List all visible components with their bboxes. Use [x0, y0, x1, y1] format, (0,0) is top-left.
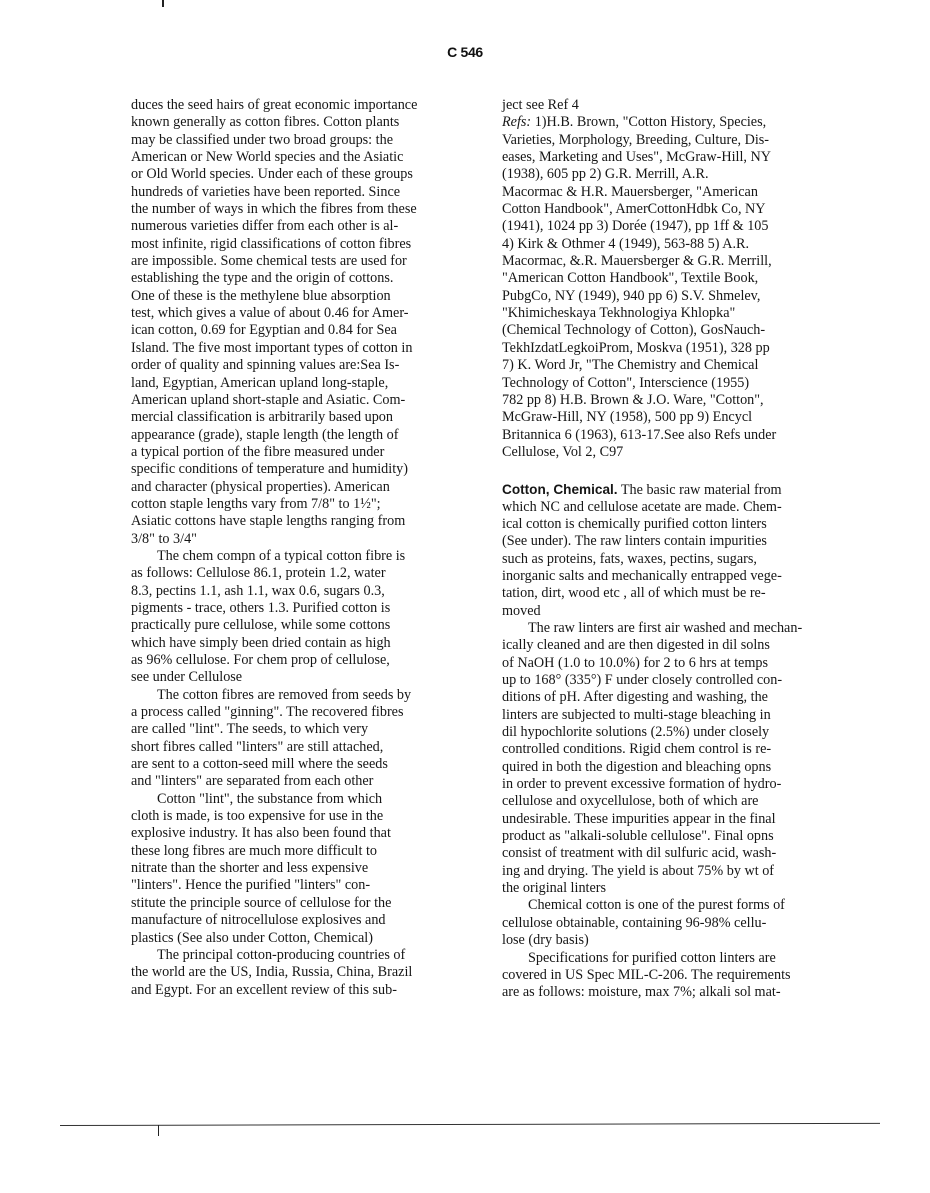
section-text: The basic raw material from	[618, 482, 782, 498]
text-line: hundreds of varieties have been reported…	[131, 184, 476, 201]
paragraph-start-line: Specifications for purified cotton linte…	[502, 950, 862, 967]
text-line: American upland short-staple and Asiatic…	[131, 392, 476, 409]
text-line: appearance (grade), staple length (the l…	[131, 427, 476, 444]
text-line: are sent to a cotton-seed mill where the…	[131, 756, 476, 773]
reference-line: 7) K. Word Jr, "The Chemistry and Chemic…	[502, 357, 862, 374]
text-line: order of quality and spinning values are…	[131, 357, 476, 374]
text-line: manufacture of nitrocellulose explosives…	[131, 912, 476, 929]
text-line: ical cotton is chemically purified cotto…	[502, 516, 862, 533]
text-line: a process called "ginning". The recovere…	[131, 704, 476, 721]
text-line: nitrate than the shorter and less expens…	[131, 860, 476, 877]
text-line: as 96% cellulose. For chem prop of cellu…	[131, 652, 476, 669]
top-margin-tick	[162, 0, 164, 7]
text-line: these long fibres are much more difficul…	[131, 843, 476, 860]
text-line: most infinite, rigid classifications of …	[131, 236, 476, 253]
reference-line: eases, Marketing and Uses", McGraw-Hill,…	[502, 149, 862, 166]
left-column: duces the seed hairs of great economic i…	[131, 97, 476, 999]
text-line: see under Cellulose	[131, 669, 476, 686]
right-column: ject see Ref 4 Refs: 1)H.B. Brown, "Cott…	[502, 97, 862, 1002]
references-first-line: Refs: 1)H.B. Brown, "Cotton History, Spe…	[502, 114, 862, 131]
text-line: test, which gives a value of about 0.46 …	[131, 305, 476, 322]
refs-label: Refs:	[502, 114, 531, 130]
text-line: up to 168° (335°) F under closely contro…	[502, 672, 862, 689]
text-line: mercial classification is arbitrarily ba…	[131, 409, 476, 426]
paragraph-start-line: Chemical cotton is one of the purest for…	[502, 897, 862, 914]
text-line: ject see Ref 4	[502, 97, 862, 114]
reference-line: (Chemical Technology of Cotton), GosNauc…	[502, 322, 862, 339]
text-line: are impossible. Some chemical tests are …	[131, 253, 476, 270]
text-line: may be classified under two broad groups…	[131, 132, 476, 149]
text-line: cellulose and oxycellulose, both of whic…	[502, 793, 862, 810]
paragraph-start-line: The raw linters are first air washed and…	[502, 620, 862, 637]
text-line: a typical portion of the fibre measured …	[131, 444, 476, 461]
text-line: in order to prevent excessive formation …	[502, 776, 862, 793]
reference-line: Macormac, &.R. Mauersberger & G.R. Merri…	[502, 253, 862, 270]
text-line: pigments - trace, others 1.3. Purified c…	[131, 600, 476, 617]
text-line: inorganic salts and mechanically entrapp…	[502, 568, 862, 585]
reference-line: PubgCo, NY (1949), 940 pp 6) S.V. Shmele…	[502, 288, 862, 305]
text-line: as follows: Cellulose 86.1, protein 1.2,…	[131, 565, 476, 582]
paragraph-start-line: The chem compn of a typical cotton fibre…	[131, 548, 476, 565]
reference-line: Varieties, Morphology, Breeding, Culture…	[502, 132, 862, 149]
text-line: 8.3, pectins 1.1, ash 1.1, wax 0.6, suga…	[131, 583, 476, 600]
reference-line: 782 pp 8) H.B. Brown & J.O. Ware, "Cotto…	[502, 392, 862, 409]
paragraph-start-line: The cotton fibres are removed from seeds…	[131, 687, 476, 704]
reference-line: "American Cotton Handbook", Textile Book…	[502, 270, 862, 287]
section-heading: Cotton, Chemical.	[502, 482, 618, 497]
text-line: Island. The five most important types of…	[131, 340, 476, 357]
reference-line: Britannica 6 (1963), 613-17.See also Ref…	[502, 427, 862, 444]
reference-line: Cellulose, Vol 2, C97	[502, 444, 862, 461]
text-line: covered in US Spec MIL-C-206. The requir…	[502, 967, 862, 984]
reference-line: TekhIzdatLegkoiProm, Moskva (1951), 328 …	[502, 340, 862, 357]
paragraph-start-line: The principal cotton-producing countries…	[131, 947, 476, 964]
text-line: cloth is made, is too expensive for use …	[131, 808, 476, 825]
text-line: One of these is the methylene blue absor…	[131, 288, 476, 305]
text-line: controlled conditions. Rigid chem contro…	[502, 741, 862, 758]
text-line: (See under). The raw linters contain imp…	[502, 533, 862, 550]
text-line: "linters". Hence the purified "linters" …	[131, 877, 476, 894]
text-line: dil hypochlorite solutions (2.5%) under …	[502, 724, 862, 741]
reference-line: (1941), 1024 pp 3) Dorée (1947), pp 1ff …	[502, 218, 862, 235]
text-line: which have simply been dried contain as …	[131, 635, 476, 652]
text-line: explosive industry. It has also been fou…	[131, 825, 476, 842]
text-line: the original linters	[502, 880, 862, 897]
reference-line: McGraw-Hill, NY (1958), 500 pp 9) Encycl	[502, 409, 862, 426]
text-line: or Old World species. Under each of thes…	[131, 166, 476, 183]
paragraph-start-line: Cotton "lint", the substance from which	[131, 791, 476, 808]
text-line: ically cleaned and are then digested in …	[502, 637, 862, 654]
text-line: and "linters" are separated from each ot…	[131, 773, 476, 790]
text-line: specific conditions of temperature and h…	[131, 461, 476, 478]
text-line: practically pure cellulose, while some c…	[131, 617, 476, 634]
text-line: undesirable. These impurities appear in …	[502, 811, 862, 828]
text-line: ican cotton, 0.69 for Egyptian and 0.84 …	[131, 322, 476, 339]
text-line: which NC and cellulose acetate are made.…	[502, 499, 862, 516]
text-line: known generally as cotton fibres. Cotton…	[131, 114, 476, 131]
text-line: cellulose obtainable, containing 96-98% …	[502, 915, 862, 932]
text-line: 3/8" to 3/4"	[131, 531, 476, 548]
reference-line: Macormac & H.R. Mauersberger, "American	[502, 184, 862, 201]
page-number: C 546	[0, 44, 930, 60]
bottom-margin-tick	[158, 1125, 159, 1136]
text-line: such as proteins, fats, waxes, pectins, …	[502, 551, 862, 568]
text-line: establishing the type and the origin of …	[131, 270, 476, 287]
text-line: stitute the principle source of cellulos…	[131, 895, 476, 912]
text-line: the number of ways in which the fibres f…	[131, 201, 476, 218]
text-line: are as follows: moisture, max 7%; alkali…	[502, 984, 862, 1001]
text-line: and character (physical properties). Ame…	[131, 479, 476, 496]
reference-line: "Khimicheskaya Tekhnologiya Khlopka"	[502, 305, 862, 322]
bottom-rule	[60, 1123, 880, 1126]
reference-text: 1)H.B. Brown, "Cotton History, Species,	[531, 114, 766, 130]
text-line: lose (dry basis)	[502, 932, 862, 949]
text-line: tation, dirt, wood etc , all of which mu…	[502, 585, 862, 602]
text-line: numerous varieties differ from each othe…	[131, 218, 476, 235]
reference-line: Cotton Handbook", AmerCottonHdbk Co, NY	[502, 201, 862, 218]
text-line: of NaOH (1.0 to 10.0%) for 2 to 6 hrs at…	[502, 655, 862, 672]
text-line: Asiatic cottons have staple lengths rang…	[131, 513, 476, 530]
text-line: ditions of pH. After digesting and washi…	[502, 689, 862, 706]
text-line: quired in both the digestion and bleachi…	[502, 759, 862, 776]
text-line: short fibres called "linters" are still …	[131, 739, 476, 756]
section-gap	[502, 461, 862, 481]
text-line: plastics (See also under Cotton, Chemica…	[131, 930, 476, 947]
text-line: and Egypt. For an excellent review of th…	[131, 982, 476, 999]
text-line: ing and drying. The yield is about 75% b…	[502, 863, 862, 880]
text-line: cotton staple lengths vary from 7/8" to …	[131, 496, 476, 513]
section-heading-line: Cotton, Chemical. The basic raw material…	[502, 481, 862, 498]
text-line: moved	[502, 603, 862, 620]
text-line: are called "lint". The seeds, to which v…	[131, 721, 476, 738]
text-line: product as "alkali-soluble cellulose". F…	[502, 828, 862, 845]
text-line: the world are the US, India, Russia, Chi…	[131, 964, 476, 981]
reference-line: 4) Kirk & Othmer 4 (1949), 563-88 5) A.R…	[502, 236, 862, 253]
text-line: linters are subjected to multi-stage ble…	[502, 707, 862, 724]
reference-line: (1938), 605 pp 2) G.R. Merrill, A.R.	[502, 166, 862, 183]
text-line: American or New World species and the As…	[131, 149, 476, 166]
text-line: duces the seed hairs of great economic i…	[131, 97, 476, 114]
text-line: consist of treatment with dil sulfuric a…	[502, 845, 862, 862]
text-line: land, Egyptian, American upland long-sta…	[131, 375, 476, 392]
reference-line: Technology of Cotton", Interscience (195…	[502, 375, 862, 392]
